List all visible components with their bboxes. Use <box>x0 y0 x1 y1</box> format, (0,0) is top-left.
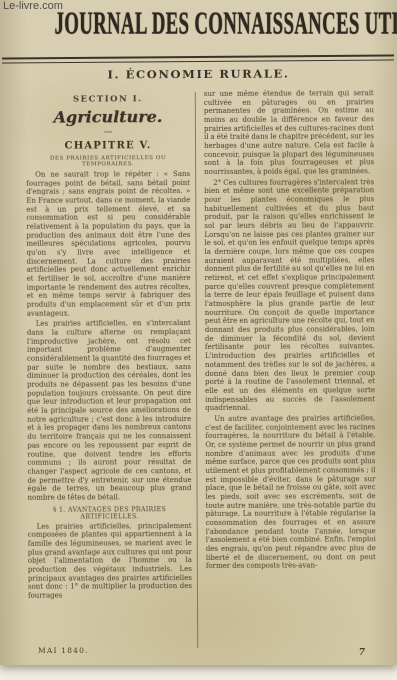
watermark-text: Le-livre.com <box>3 0 63 12</box>
page-number-mark: 7 <box>359 648 365 658</box>
paragraph: Les prairies artificielles, en s'interca… <box>27 319 192 502</box>
two-column-body: SECTION I. Agriculture. — CHAPITRE V. DE… <box>26 89 376 649</box>
double-rule-divider <box>2 54 394 63</box>
masthead-title: JOURNAL DES CONNAISSANCES UTILES. <box>54 7 397 43</box>
paragraph: Un autre avantage des prairies artificie… <box>205 414 376 571</box>
left-column: SECTION I. Agriculture. — CHAPITRE V. DE… <box>26 90 192 649</box>
section-heading: I. ÉCONOMIE RURALE. <box>0 66 397 82</box>
footer-date: MAI 1840. <box>38 646 89 655</box>
paragraph: 2° Ces cultures fourragères s'intercalen… <box>204 178 375 413</box>
chapter-heading: CHAPITRE V. <box>26 140 190 152</box>
paragraph: sur une même étendue de terrain qui sera… <box>204 89 374 176</box>
subsection-heading: § 1. AVANTAGES DES PRAIRIES ARTIFICIELLE… <box>28 506 192 521</box>
section-label: SECTION I. <box>26 94 190 105</box>
chapter-subtitle: DES PRAIRIES ARTIFICIELLES OU TEMPORAIRE… <box>26 155 190 168</box>
paragraph: On ne saurait trop le répéter : « Sans f… <box>26 170 191 318</box>
dash-separator: — <box>26 127 190 138</box>
right-column: sur une même étendue de terrain qui sera… <box>204 89 376 648</box>
scanned-page: Le-livre.com JOURNAL DES CONNAISSANCES U… <box>0 0 397 665</box>
paragraph: Les prairies artificielles, principaleme… <box>28 522 192 601</box>
section-title: Agriculture. <box>26 107 190 127</box>
